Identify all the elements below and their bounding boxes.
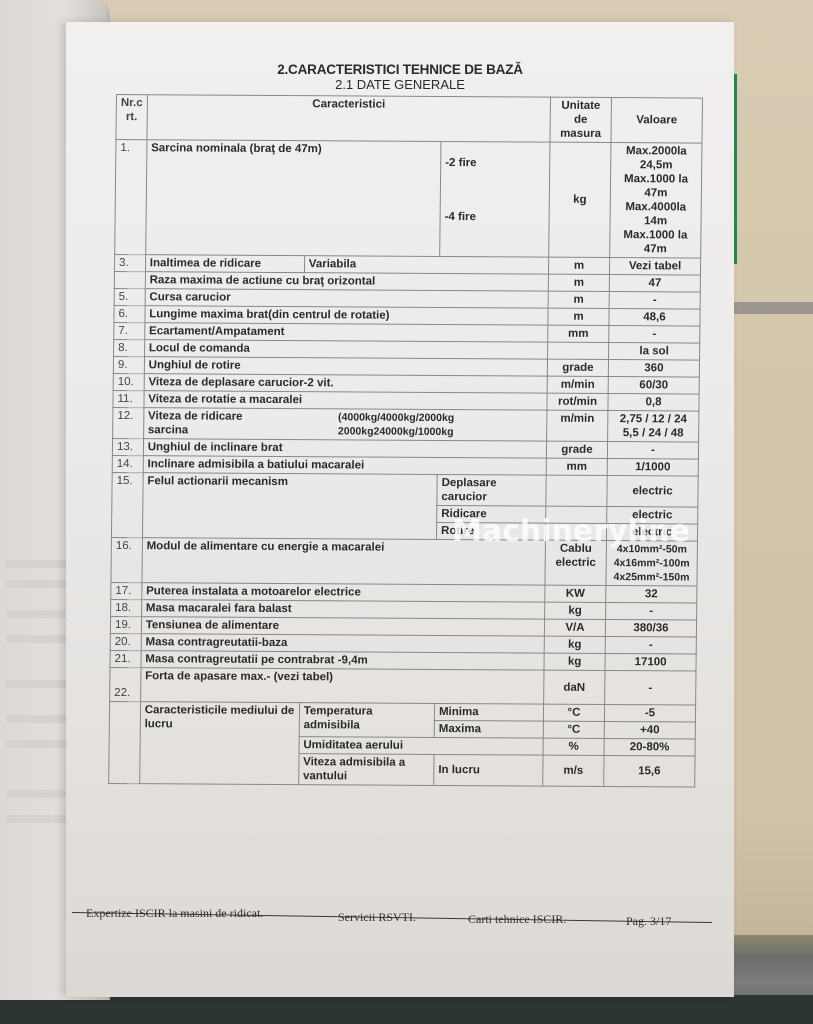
watermark-logo: Machineryline: [452, 514, 690, 549]
row-value: 380/36: [605, 620, 696, 638]
row-unit: [546, 475, 607, 506]
row-value: 20-80%: [604, 738, 695, 756]
sub-label-line: (4000kg/4000kg/2000kg: [338, 410, 454, 425]
row-unit: grade: [547, 359, 608, 376]
humidity-label: Umiditatea aerului: [299, 737, 543, 755]
row-label: Inaltimea de ridicare: [145, 255, 304, 273]
row-value: Max.2000la 24,5m Max.1000 la 47m Max.400…: [610, 143, 702, 259]
row-unit: grade: [546, 441, 607, 458]
row-number: 16.: [111, 537, 142, 582]
row-unit: mm: [546, 458, 607, 475]
page-number: Pag. 3/17: [626, 914, 671, 929]
row-number: [109, 701, 141, 783]
row-value: electric: [607, 476, 698, 508]
footer-middle: Servicii RSVTI.: [338, 910, 416, 925]
row-value: 48,6: [609, 309, 700, 327]
table-row: 22. Forta de apasare max.- (vezi tabel) …: [110, 667, 696, 705]
row-number: 17.: [111, 582, 142, 599]
value-line: 2,75 / 12 / 24: [612, 412, 694, 427]
row-number: 19.: [110, 616, 141, 633]
background-tile-joint: [733, 302, 813, 314]
row-value: 60/30: [608, 377, 699, 395]
row-value: 360: [608, 360, 699, 378]
row-unit: %: [543, 738, 604, 755]
row-number: 13.: [112, 438, 143, 455]
row-number: [114, 271, 145, 288]
row-value: -: [605, 636, 696, 654]
row-value: 47: [609, 275, 700, 293]
row-number: 8.: [114, 339, 145, 356]
row-value: 1/1000: [607, 459, 698, 477]
row-number: 22.: [110, 667, 141, 701]
table-header-row: Nr.c rt. Caracteristici Unitate de masur…: [116, 95, 702, 144]
wind-label: Viteza admisibila a vantului: [298, 754, 434, 786]
row-value: -: [609, 326, 700, 344]
row-value: 15,6: [604, 755, 695, 787]
wind-sub-label: In lucru: [434, 754, 543, 786]
row-value: -: [609, 292, 700, 310]
row-number: 15.: [111, 472, 142, 537]
footer-right: Carti tehnice ISCIR.: [468, 912, 566, 927]
row-value: 0,8: [608, 394, 699, 412]
sub-label-4-fire: -4 fire: [445, 210, 545, 225]
value-line: Max.2000la: [615, 144, 697, 159]
col-header-characteristics: Caracteristici: [147, 95, 551, 142]
row-unit: m/s: [543, 755, 604, 786]
document-subtitle: 2.1 DATE GENERALE: [66, 77, 734, 92]
row-value: -: [605, 670, 696, 705]
row-number: 9.: [113, 356, 144, 373]
row-number: 7.: [114, 322, 145, 339]
row-label: Sarcina nominala (braţ de 47m): [145, 140, 441, 257]
col-header-unit: Unitate de masura: [550, 97, 612, 142]
row-label: Caracteristicile mediului de lucru: [139, 702, 299, 785]
table-row: 1. Sarcina nominala (braţ de 47m) -2 fir…: [115, 140, 702, 259]
row-unit: °C: [543, 704, 604, 721]
table-row: 12. Viteza de ridicare sarcina (4000kg/4…: [113, 407, 699, 442]
table-row: Caracteristicile mediului de lucru Tempe…: [109, 701, 695, 722]
row-unit: kg: [545, 602, 606, 619]
row-number: 5.: [114, 288, 145, 305]
row-number: 10.: [113, 373, 144, 390]
spec-table: Nr.c rt. Caracteristici Unitate de masur…: [108, 94, 703, 788]
row-unit: KW: [545, 585, 606, 602]
row-number: 6.: [114, 305, 145, 322]
row-sub-label: Variabila: [304, 256, 548, 274]
row-unit: V/A: [544, 619, 605, 636]
row-value: la sol: [609, 343, 700, 361]
row-label: Viteza de ridicare sarcina (4000kg/4000k…: [143, 408, 547, 441]
label-line: Viteza de ridicare: [148, 409, 338, 424]
value-line: 5,5 / 24 / 48: [612, 426, 694, 441]
row-unit: rot/min: [547, 393, 608, 410]
row-unit: m/min: [547, 410, 608, 441]
value-line: 24,5m: [615, 158, 697, 173]
row-value: +40: [604, 721, 695, 739]
row-label: Forta de apasare max.- (vezi tabel): [140, 668, 544, 704]
value-line: 47m: [615, 186, 697, 201]
row-unit: m/min: [547, 376, 608, 393]
row-unit: m: [548, 308, 609, 325]
sub-label-line: 2000kg24000kg/1000kg: [338, 424, 454, 439]
row-value: 32: [606, 586, 697, 604]
row-unit: mm: [548, 325, 609, 342]
background-bottom: [0, 995, 813, 1024]
row-unit: °C: [543, 721, 604, 738]
value-line: Max.1000 la: [615, 172, 697, 187]
row-sub-labels: -2 fire -4 fire: [440, 141, 550, 257]
row-number: 12.: [113, 407, 144, 438]
row-value: -5: [604, 704, 695, 722]
row-unit: m: [548, 274, 609, 291]
row-number: 18.: [111, 599, 142, 616]
row-unit: daN: [544, 670, 605, 704]
col-header-value: Valoare: [611, 98, 703, 144]
row-unit: m: [548, 291, 609, 308]
row-value: 2,75 / 12 / 24 5,5 / 24 / 48: [608, 411, 699, 443]
row-value: -: [607, 442, 698, 460]
sub-label-2-fire: -2 fire: [445, 156, 545, 171]
row-unit: m: [548, 257, 609, 274]
value-line: 47m: [614, 242, 696, 257]
value-line: 4x16mm²-100m: [611, 556, 693, 571]
row-number: 3.: [114, 254, 145, 271]
value-line: Max.4000la: [615, 200, 697, 215]
row-number: 20.: [110, 633, 141, 650]
table-row: 15. Felul actionarii mecanism Deplasare …: [112, 472, 698, 507]
temperature-max-label: Maxima: [434, 720, 543, 738]
row-number: 11.: [113, 390, 144, 407]
row-value: 17100: [605, 653, 696, 671]
value-line: Max.1000 la: [614, 228, 696, 243]
row-sub-label: Deplasare carucior: [437, 474, 546, 506]
row-unit: kg: [549, 142, 611, 257]
value-line: 14m: [615, 214, 697, 229]
value-line: 4x25mm²-150m: [610, 570, 692, 585]
footer-left: Expertize ISCIR la masini de ridicat.: [86, 906, 263, 921]
temperature-min-label: Minima: [434, 703, 543, 721]
row-number: 21.: [110, 650, 141, 667]
row-label: Felul actionarii mecanism: [142, 473, 437, 540]
row-unit: kg: [544, 653, 605, 670]
row-unit: kg: [544, 636, 605, 653]
col-header-nr: Nr.c rt.: [116, 95, 147, 140]
row-value: -: [606, 603, 697, 621]
document-page: 2.CARACTERISTICI TEHNICE DE BAZĂ 2.1 DAT…: [66, 22, 734, 997]
temperature-label: Temperatura admisibila: [299, 703, 435, 738]
row-number: 14.: [112, 455, 143, 472]
label-line: sarcina: [148, 423, 338, 438]
row-unit: [548, 342, 609, 359]
row-value: Vezi tabel: [609, 258, 700, 276]
document-title: 2.CARACTERISTICI TEHNICE DE BAZĂ: [66, 62, 734, 77]
row-number: 1.: [115, 140, 147, 255]
